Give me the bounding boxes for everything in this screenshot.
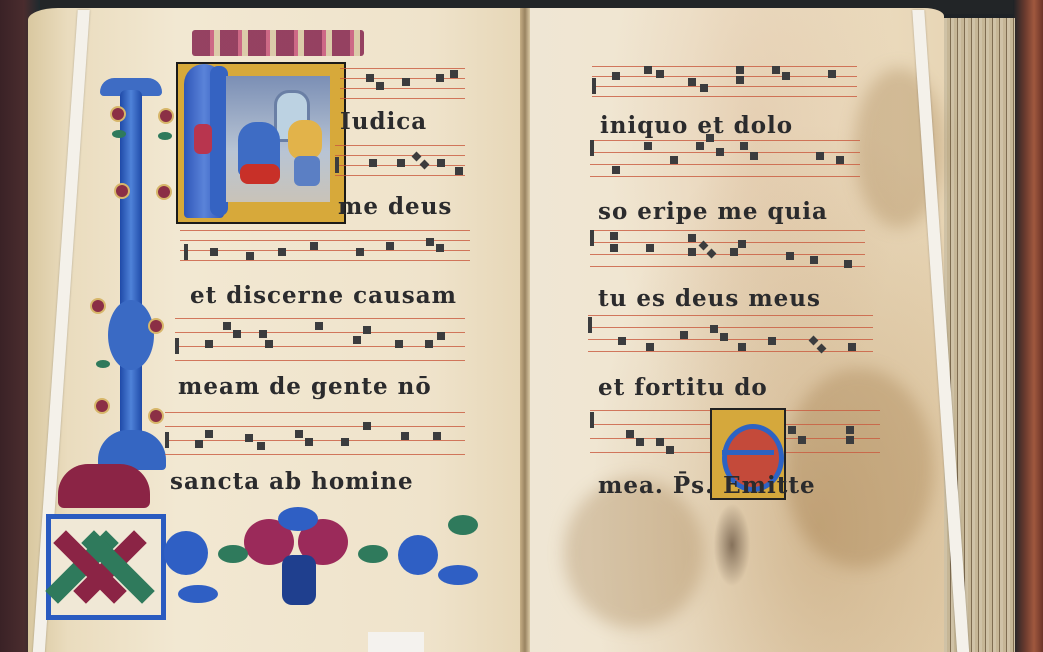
blue-leaf: [178, 585, 218, 603]
vase: [282, 555, 316, 605]
music-staff: [175, 318, 465, 348]
lyric-line: tu es deus meus: [598, 285, 821, 312]
blue-flower: [164, 531, 208, 575]
music-staff: [590, 230, 865, 260]
stain: [784, 368, 934, 568]
music-staff: [340, 68, 465, 98]
attendant-figure-legs: [294, 156, 320, 186]
ink-pen-flourish: [712, 500, 752, 590]
candelabra-stem: [120, 90, 142, 450]
crimson-foliage-base: [58, 464, 150, 508]
lyric-line: et discerne causam: [190, 282, 457, 309]
green-leaf: [218, 545, 248, 563]
flower-ornament: [150, 320, 162, 332]
blue-leaf: [438, 565, 478, 585]
initial-red-detail: [194, 124, 212, 154]
lyric-line: me deus: [338, 193, 452, 220]
flower-ornament: [150, 410, 162, 422]
lyric-line: so eripe me quia: [598, 198, 828, 225]
music-staff: [335, 145, 465, 175]
green-leaf: [358, 545, 388, 563]
case-frame-right: [1013, 0, 1043, 652]
lyric-line: meam de gente nō: [178, 373, 432, 400]
leaf-ornament: [96, 360, 110, 368]
lyric-line: et fortitu do: [598, 374, 768, 401]
flower-ornament: [92, 300, 104, 312]
lyric-line: sancta ab homine: [170, 468, 414, 495]
floral-rinceau-border: [158, 505, 498, 620]
historiated-initial: [176, 62, 346, 224]
music-staff: [165, 412, 465, 442]
flower-ornament: [160, 110, 172, 122]
lyric-line: Iudica: [340, 108, 427, 135]
music-staff: [592, 66, 857, 96]
music-staff: [590, 140, 860, 170]
flower-ornament: [158, 186, 170, 198]
flower-ornament: [112, 108, 124, 120]
interlace-knot-panel: [46, 514, 166, 620]
music-staff: [180, 230, 470, 260]
leaf-ornament: [158, 132, 172, 140]
candelabra-bulb: [108, 300, 154, 370]
book-gutter: [520, 8, 530, 652]
flower-ornament: [116, 185, 128, 197]
attendant-figure: [288, 120, 322, 160]
blue-fan: [278, 507, 318, 531]
museum-label-card: [368, 632, 424, 652]
key-pattern-border: [192, 30, 364, 56]
music-staff: [588, 315, 873, 345]
leaf-ornament: [112, 130, 126, 138]
initial-e-bar: [722, 450, 774, 455]
miniature-scene: [226, 76, 330, 202]
blue-flower: [398, 535, 438, 575]
flower-ornament: [96, 400, 108, 412]
kneeling-figure-robe: [240, 164, 280, 184]
stain: [564, 478, 704, 628]
lyric-line: iniquo et dolo: [600, 112, 793, 139]
green-leaf: [448, 515, 478, 535]
lyric-line: mea. P̄s. Emitte: [598, 472, 816, 499]
